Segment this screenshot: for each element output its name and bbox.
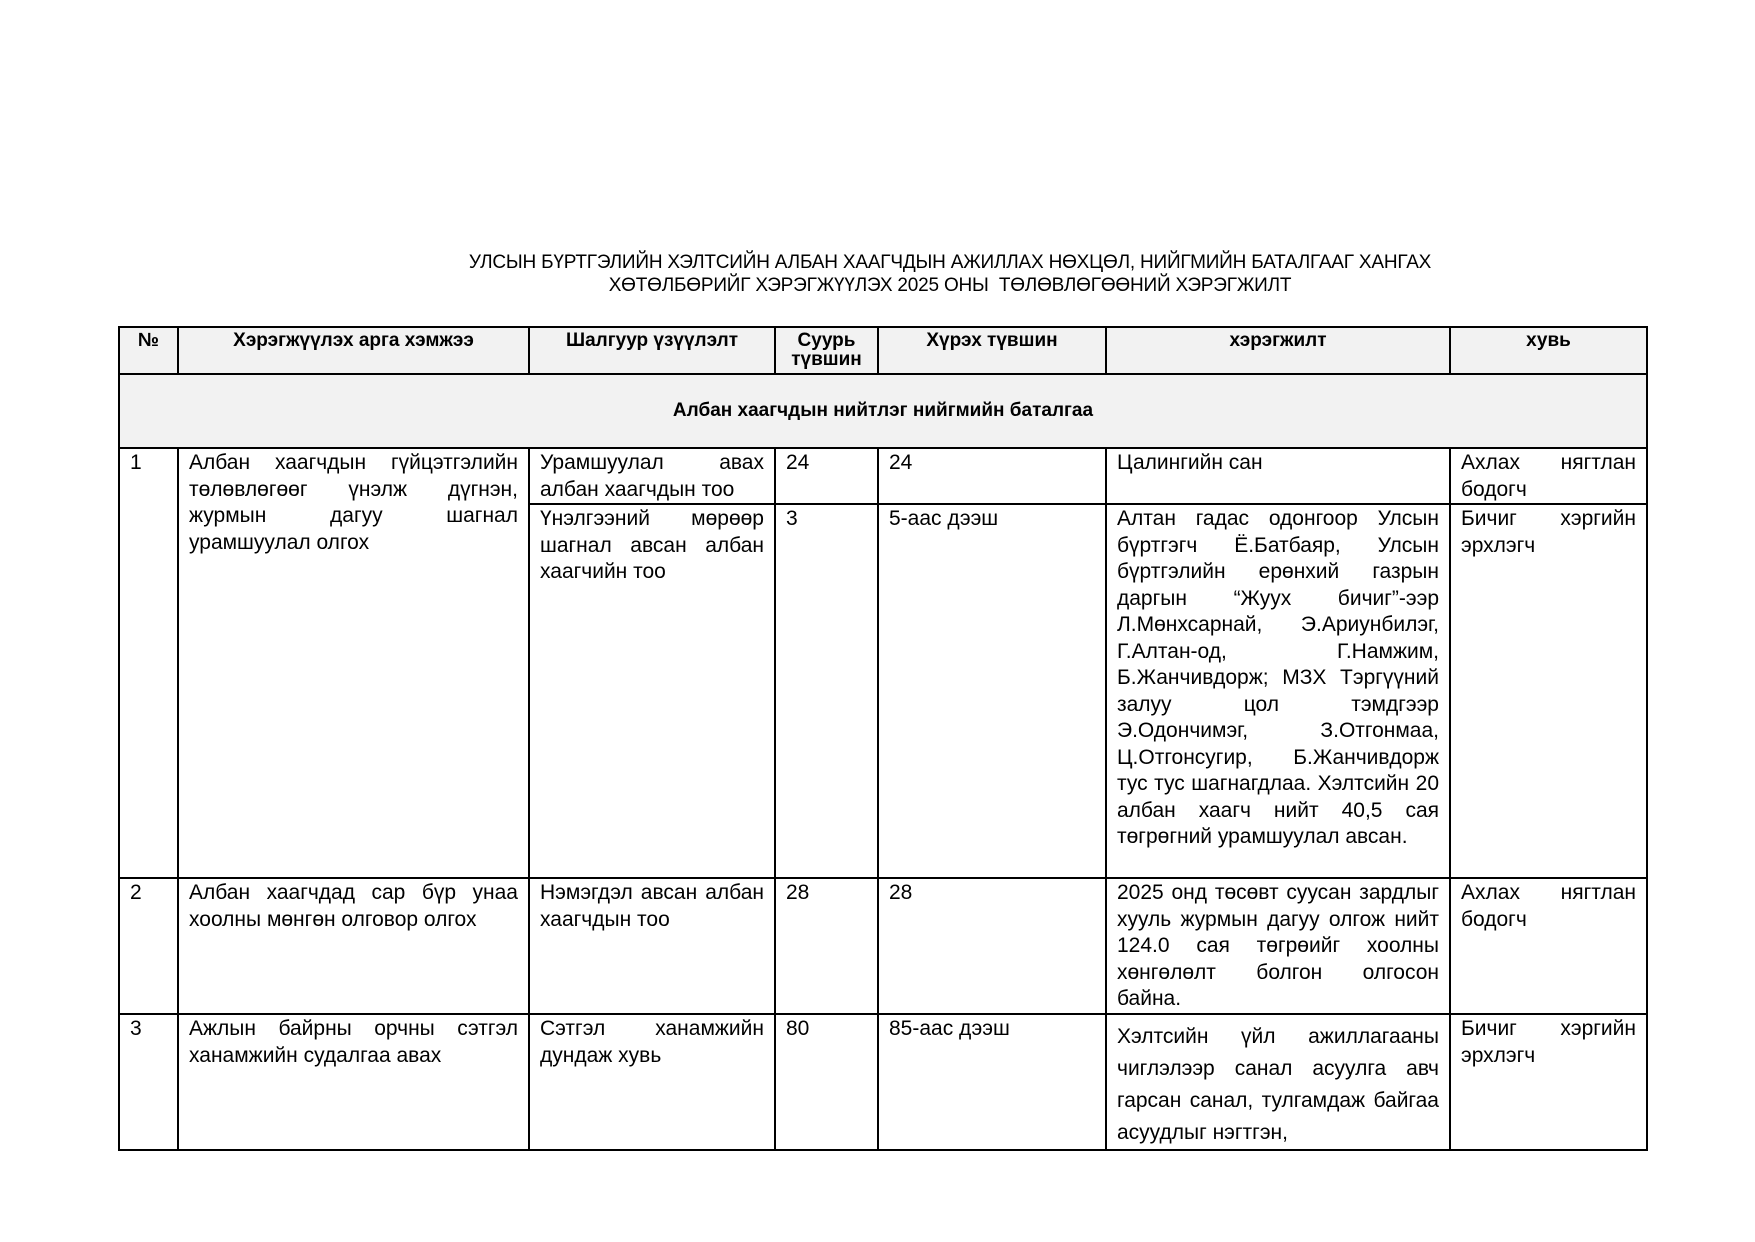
table-row: 2 Албан хаагчдад сар бүр унаа хоолны мөн… xyxy=(119,878,1647,1014)
target-cell: 24 xyxy=(878,448,1106,504)
section-title: Албан хаагчдын нийтлэг нийгмийн баталгаа xyxy=(119,374,1647,448)
action-cell: Албан хаагчдад сар бүр унаа хоолны мөнгө… xyxy=(178,878,529,1014)
indicator-cell: Сэтгэл ханамжийн дундаж хувь xyxy=(529,1014,775,1150)
action-cell: Ажлын байрны орчны сэтгэл ханамжийн суда… xyxy=(178,1014,529,1150)
row-number: 2 xyxy=(119,878,178,1014)
header-percent: хувь xyxy=(1450,327,1647,374)
header-target: Хүрэх түвшин xyxy=(878,327,1106,374)
header-indicator: Шалгуур үзүүлэлт xyxy=(529,327,775,374)
baseline-cell: 24 xyxy=(775,448,878,504)
title-line-1: УЛСЫН БҮРТГЭЛИЙН ХЭЛТСИЙН АЛБАН ХААГЧДЫН… xyxy=(300,251,1600,274)
document-title: УЛСЫН БҮРТГЭЛИЙН ХЭЛТСИЙН АЛБАН ХААГЧДЫН… xyxy=(300,251,1600,297)
indicator-cell: Нэмэгдэл авсан албан хаагчдын тоо xyxy=(529,878,775,1014)
baseline-cell: 3 xyxy=(775,504,878,878)
implementation-cell: Хэлтсийн үйл ажиллагааны чиглэлээр санал… xyxy=(1106,1014,1450,1150)
header-baseline: Суурь түвшин xyxy=(775,327,878,374)
implementation-cell: Цалингийн сан xyxy=(1106,448,1450,504)
target-cell: 85-аас дээш xyxy=(878,1014,1106,1150)
implementation-cell: Алтан гадас одонгоор Улсын бүртгэгч Ё.Ба… xyxy=(1106,504,1450,878)
baseline-cell: 28 xyxy=(775,878,878,1014)
implementation-table: № Хэрэгжүүлэх арга хэмжээ Шалгуур үзүүлэ… xyxy=(118,326,1648,1151)
responsible-cell: Ахлах нягтлан бодогч xyxy=(1450,448,1647,504)
header-number: № xyxy=(119,327,178,374)
section-row: Албан хаагчдын нийтлэг нийгмийн баталгаа xyxy=(119,374,1647,448)
target-cell: 5-аас дээш xyxy=(878,504,1106,878)
implementation-cell: 2025 онд төсөвт суусан зардлыг хууль жур… xyxy=(1106,878,1450,1014)
header-action: Хэрэгжүүлэх арга хэмжээ xyxy=(178,327,529,374)
target-cell: 28 xyxy=(878,878,1106,1014)
table-header-row: № Хэрэгжүүлэх арга хэмжээ Шалгуур үзүүлэ… xyxy=(119,327,1647,374)
row-number: 1 xyxy=(119,448,178,878)
responsible-cell: Ахлах нягтлан бодогч xyxy=(1450,878,1647,1014)
responsible-cell: Бичиг хэргийн эрхлэгч xyxy=(1450,504,1647,878)
action-cell: Албан хаагчдын гүйцэтгэлийн төлөвлөгөөг … xyxy=(178,448,529,878)
responsible-cell: Бичиг хэргийн эрхлэгч xyxy=(1450,1014,1647,1150)
table-row: 3 Ажлын байрны орчны сэтгэл ханамжийн су… xyxy=(119,1014,1647,1150)
baseline-cell: 80 xyxy=(775,1014,878,1150)
table-row: 1 Албан хаагчдын гүйцэтгэлийн төлөвлөгөө… xyxy=(119,448,1647,504)
title-line-2: ХӨТӨЛБӨРИЙГ ХЭРЭГЖҮҮЛЭХ 2025 ОНЫ ТӨЛӨВЛӨ… xyxy=(300,274,1600,297)
row-number: 3 xyxy=(119,1014,178,1150)
indicator-cell: Үнэлгээний мөрөөр шагнал авсан албан хаа… xyxy=(529,504,775,878)
header-implementation: хэрэгжилт xyxy=(1106,327,1450,374)
indicator-cell: Урамшуулал авах албан хаагчдын тоо xyxy=(529,448,775,504)
